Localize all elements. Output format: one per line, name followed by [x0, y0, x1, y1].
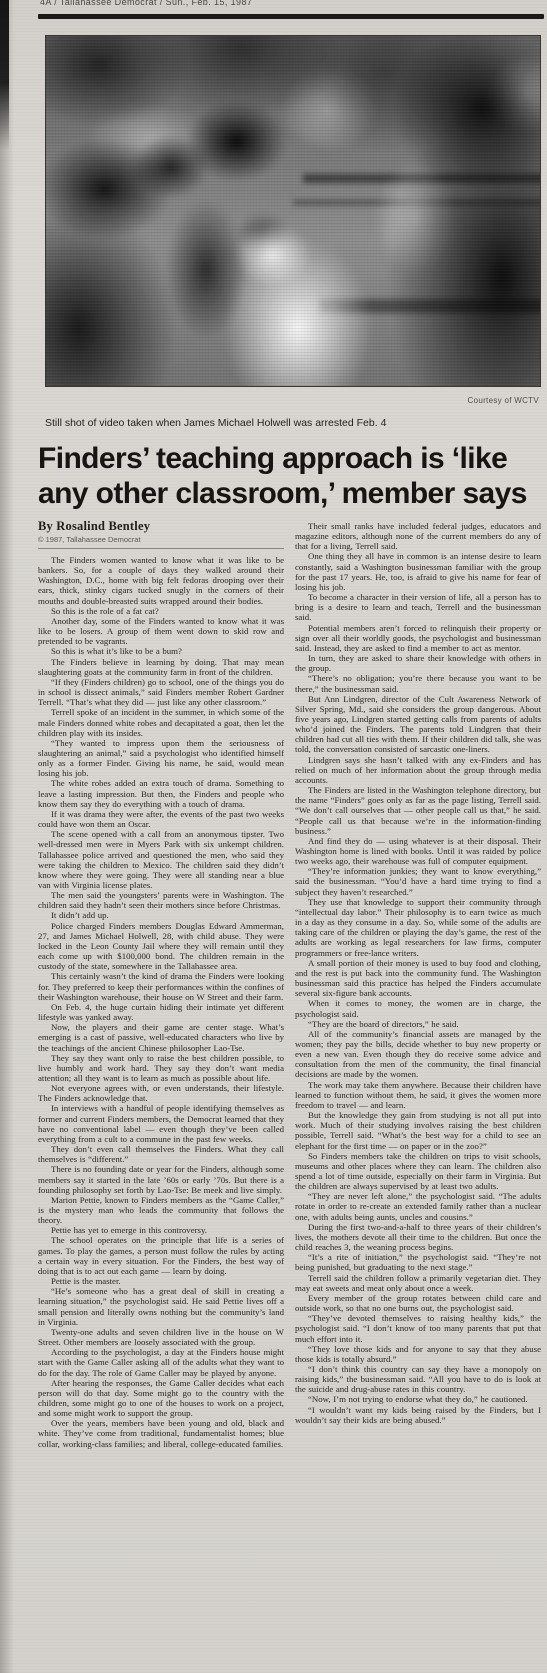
article-paragraph: To become a character in their version o…: [295, 592, 541, 622]
article-paragraph: So Finders members take the children on …: [295, 1151, 541, 1192]
article-paragraph: Now, the players and their game are cent…: [38, 1022, 284, 1052]
photo-blur-layer: [45, 35, 541, 387]
article-paragraph: “I don’t think this country can say they…: [295, 1364, 541, 1394]
article-paragraph: The work may take them anywhere. Because…: [295, 1080, 541, 1110]
article-paragraph: This certainly wasn’t the kind of drama …: [38, 971, 284, 1001]
article-paragraph: “They’re information junkies; they want …: [295, 866, 541, 896]
masthead-rule: [38, 14, 544, 19]
photo-credit: Courtesy of WCTV: [468, 396, 539, 405]
masthead-text: 4A / Tallahassee Democrat / Sun., Feb. 1…: [40, 0, 543, 7]
article-paragraph: “They are never left alone,” the psychol…: [295, 1191, 541, 1221]
photo-credit-row: Courtesy of WCTV: [45, 390, 539, 408]
masthead: 4A / Tallahassee Democrat / Sun., Feb. 1…: [40, 0, 543, 11]
newspaper-page: 4A / Tallahassee Democrat / Sun., Feb. 1…: [0, 0, 547, 1673]
photo-right-silhouette: [45, 35, 541, 387]
article-paragraph: In turn, they are asked to share their k…: [295, 653, 541, 673]
scan-edge-dark-strip: [0, 0, 9, 150]
headline-line-1: Finders’ teaching approach is ‘like: [38, 441, 543, 476]
article-paragraph: The Finders are listed in the Washington…: [295, 785, 541, 836]
article-paragraph: Potential members aren’t forced to relin…: [295, 623, 541, 653]
article-paragraph: A small portion of their money is used t…: [295, 958, 541, 999]
article-paragraph: One thing they all have in common is an …: [295, 551, 541, 592]
article-paragraph: Another day, some of the Finders wanted …: [38, 616, 284, 646]
article-paragraph: Not everyone agrees with, or even unders…: [38, 1083, 284, 1103]
column-left: By Rosalind Bentley © 1987, Tallahassee …: [38, 519, 284, 1449]
article-paragraph: They don’t even call themselves the Find…: [38, 1144, 284, 1164]
article-paragraph: “They wanted to impress upon them the se…: [38, 738, 284, 779]
article-paragraph: Lindgren says she hasn’t talked with any…: [295, 755, 541, 785]
article-paragraph: “They are the board of directors,” he sa…: [295, 1019, 541, 1029]
article-paragraph: “They’ve devoted themselves to raising h…: [295, 1313, 541, 1343]
article-paragraph: “It’s a rite of initiation,” the psychol…: [295, 1252, 541, 1272]
scan-edge-shade: [0, 0, 14, 1673]
article-paragraph: “They love those kids and for anyone to …: [295, 1344, 541, 1364]
article-headline: Finders’ teaching approach is ‘like any …: [38, 441, 543, 511]
article-paragraph: During the first two-and-a-half to three…: [295, 1222, 541, 1252]
article-paragraph: So this is what it’s like to be a bum?: [38, 646, 284, 656]
article-paragraph: “I wouldn’t want my kids being raised by…: [295, 1405, 541, 1425]
article-paragraph: On Feb. 4, the huge curtain hiding their…: [38, 1002, 284, 1022]
article-paragraph: They say they want only to raise the bes…: [38, 1053, 284, 1083]
column-right-paragraphs: Their small ranks have included federal …: [295, 521, 541, 1425]
article-paragraph: Over the years, members have been young …: [38, 1418, 284, 1448]
copyright-line: © 1987, Tallahassee Democrat: [38, 535, 284, 544]
article-paragraph: Twenty-one adults and seven children liv…: [38, 1327, 284, 1347]
article-paragraph: There is no founding date or year for th…: [38, 1164, 284, 1194]
article-paragraph: When it comes to money, the women are in…: [295, 998, 541, 1018]
article-paragraph: But Ann Lindgren, director of the Cult A…: [295, 694, 541, 755]
article-paragraph: After hearing the responses, the Game Ca…: [38, 1378, 284, 1419]
column-right: Their small ranks have included federal …: [295, 519, 541, 1449]
article-paragraph: Terrell spoke of an incident in the summ…: [38, 707, 284, 737]
article-paragraph: If it was drama they were after, the eve…: [38, 809, 284, 829]
article-paragraph: Terrell said the children follow a prima…: [295, 1273, 541, 1293]
article-paragraph: All of the community’s financial assets …: [295, 1029, 541, 1080]
article-paragraph: The scene opened with a call from an ano…: [38, 829, 284, 890]
article-paragraph: They use that knowledge to support their…: [295, 897, 541, 958]
article-paragraph: And find they do — using whatever is at …: [295, 836, 541, 866]
article-paragraph: Pettie is the master.: [38, 1276, 284, 1286]
photo-caption: Still shot of video taken when James Mic…: [45, 417, 541, 429]
byline: By Rosalind Bentley: [38, 519, 284, 534]
article-paragraph: Their small ranks have included federal …: [295, 521, 541, 551]
article-paragraph: Marion Pettie, known to Finders members …: [38, 1195, 284, 1225]
article-paragraph: The school operates on the principle tha…: [38, 1235, 284, 1276]
article-paragraph: Pettie has yet to emerge in this controv…: [38, 1225, 284, 1235]
article-paragraph: It didn’t add up.: [38, 910, 284, 920]
article-paragraph: “Now, I’m not trying to endorse what the…: [295, 1394, 541, 1404]
byline-rule: [38, 548, 284, 549]
article-paragraph: But the knowledge they gain from studyin…: [295, 1110, 541, 1151]
article-paragraph: “If they (Finders children) go to school…: [38, 677, 284, 707]
article-paragraph: Police charged Finders members Douglas E…: [38, 921, 284, 972]
article-paragraph: The white robes added an extra touch of …: [38, 778, 284, 808]
article-paragraph: According to the psychologist, a day at …: [38, 1347, 284, 1377]
byline-block: By Rosalind Bentley © 1987, Tallahassee …: [38, 519, 284, 549]
article-paragraph: Every member of the group rotates betwee…: [295, 1293, 541, 1313]
article-paragraph: In interviews with a handful of people i…: [38, 1103, 284, 1144]
article-paragraph: “There’s no obligation; you’re there bec…: [295, 673, 541, 693]
article-paragraph: The Finders believe in learning by doing…: [38, 657, 284, 677]
headline-line-2: any other classroom,’ member says: [38, 476, 543, 511]
article-paragraph: “He’s someone who has a great deal of sk…: [38, 1286, 284, 1327]
article-paragraph: So this is the role of a fat cat?: [38, 606, 284, 616]
news-photo-video-still: [45, 35, 541, 387]
article-body: By Rosalind Bentley © 1987, Tallahassee …: [0, 511, 547, 1449]
article-paragraph: The men said the youngsters’ parents wer…: [38, 890, 284, 910]
column-left-paragraphs: The Finders women wanted to know what it…: [38, 555, 284, 1449]
article-paragraph: The Finders women wanted to know what it…: [38, 555, 284, 606]
